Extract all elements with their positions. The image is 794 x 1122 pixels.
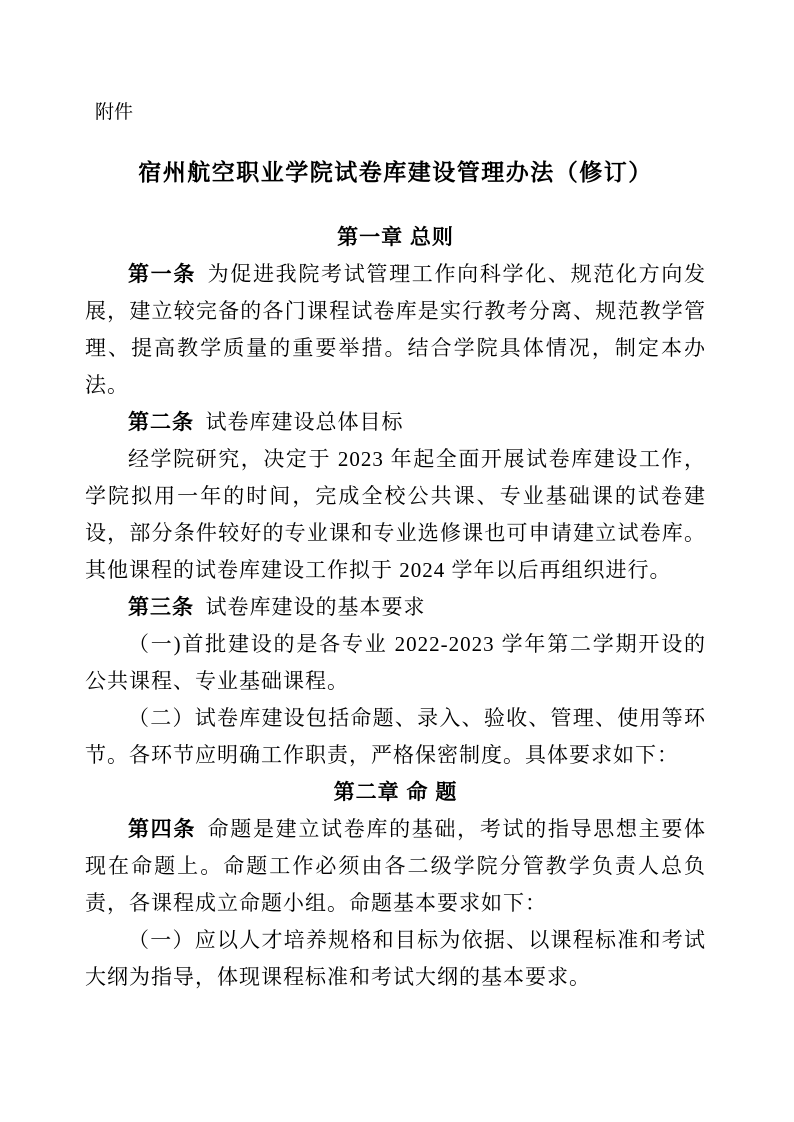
document-body: 第一章 总则 第一条为促进我院考试管理工作向科学化、规范化方向发展，建立较完备的… bbox=[85, 219, 706, 996]
article-2-paragraph: 第二条试卷库建设总体目标 bbox=[85, 404, 706, 441]
article-4-paragraph: 第四条命题是建立试卷库的基础，考试的指导思想主要体现在命题上。命题工作必须由各二… bbox=[85, 811, 706, 922]
article-3-paragraph: 第三条试卷库建设的基本要求 bbox=[85, 589, 706, 626]
article-2-text: 试卷库建设总体目标 bbox=[206, 410, 404, 434]
chapter-1-heading: 第一章 总则 bbox=[85, 219, 706, 256]
article-2-detail-paragraph: 经学院研究，决定于 2023 年起全面开展试卷库建设工作，学院拟用一年的时间，完… bbox=[85, 441, 706, 589]
article-1-paragraph: 第一条为促进我院考试管理工作向科学化、规范化方向发展，建立较完备的各门课程试卷库… bbox=[85, 256, 706, 404]
article-3-text: 试卷库建设的基本要求 bbox=[206, 595, 426, 619]
article-4-number: 第四条 bbox=[128, 817, 196, 841]
article-4-item-1-text: （一）应以人才培养规格和目标为依据、以课程标准和考试大纲为指导，体现课程标准和考… bbox=[85, 928, 706, 989]
article-2-detail-text: 经学院研究，决定于 2023 年起全面开展试卷库建设工作，学院拟用一年的时间，完… bbox=[85, 447, 706, 582]
article-3-item-1-paragraph: （一)首批建设的是各专业 2022-2023 学年第二学期开设的公共课程、专业基… bbox=[85, 626, 706, 700]
article-2-number: 第二条 bbox=[128, 410, 194, 434]
document-page: 附件 宿州航空职业学院试卷库建设管理办法（修订） 第一章 总则 第一条为促进我院… bbox=[0, 0, 794, 1122]
article-3-item-1-text: （一)首批建设的是各专业 2022-2023 学年第二学期开设的公共课程、专业基… bbox=[85, 632, 706, 693]
attachment-label: 附件 bbox=[95, 100, 706, 126]
chapter-2-heading: 第二章 命 题 bbox=[85, 774, 706, 811]
article-4-item-1-paragraph: （一）应以人才培养规格和目标为依据、以课程标准和考试大纲为指导，体现课程标准和考… bbox=[85, 922, 706, 996]
article-3-item-2-text: （二）试卷库建设包括命题、录入、验收、管理、使用等环节。各环节应明确工作职责，严… bbox=[85, 706, 706, 767]
article-3-number: 第三条 bbox=[128, 595, 194, 619]
article-1-number: 第一条 bbox=[128, 262, 196, 286]
document-title: 宿州航空职业学院试卷库建设管理办法（修订） bbox=[85, 156, 706, 189]
article-3-item-2-paragraph: （二）试卷库建设包括命题、录入、验收、管理、使用等环节。各环节应明确工作职责，严… bbox=[85, 700, 706, 774]
